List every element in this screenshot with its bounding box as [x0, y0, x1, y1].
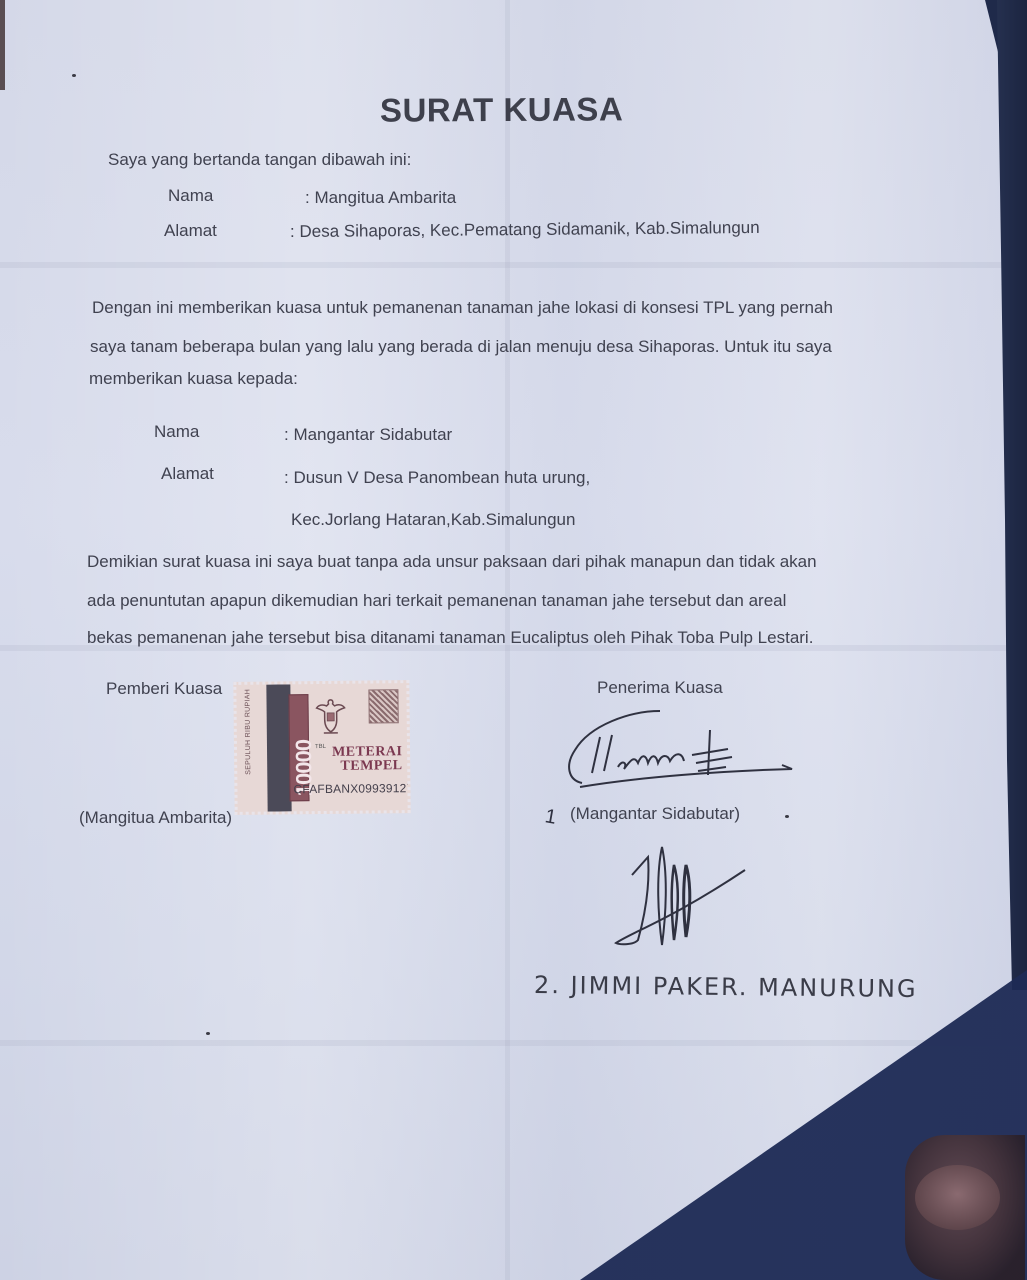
garuda-emblem-icon: [314, 696, 346, 736]
paper-speck: [206, 1032, 210, 1035]
grantor-address-label: Alamat: [164, 221, 217, 241]
grantee-name-value: : Mangantar Sidabutar: [284, 425, 452, 445]
stamp-ornament: [368, 689, 398, 723]
body-paragraph-2-line-3: bekas pemanenan jahe tersebut bisa ditan…: [87, 628, 813, 648]
body-paragraph-1-line-3: memberikan kuasa kepada:: [89, 369, 298, 389]
grantee-number-mark: 1: [543, 805, 558, 830]
body-paragraph-1-line-1: Dengan ini memberikan kuasa untuk pemane…: [92, 298, 833, 318]
body-paragraph-2-line-1: Demikian surat kuasa ini saya buat tanpa…: [87, 552, 817, 572]
intro-text: Saya yang bertanda tangan dibawah ini:: [108, 150, 411, 170]
grantee-name-label: Nama: [154, 422, 199, 442]
letter-document: SURAT KUASA Saya yang bertanda tangan di…: [0, 0, 1027, 1280]
stamp-title: METERAI TEMPEL: [332, 745, 403, 774]
meterai-stamp: SEPULUH RIBU RUPIAH 10000 TBL METERAI TE…: [233, 680, 410, 815]
grantor-printed-name: (Mangitua Ambarita): [79, 808, 232, 828]
stamp-title-line-2: TEMPEL: [332, 759, 403, 774]
grantee-signature-label: Penerima Kuasa: [597, 678, 723, 698]
grantee-address-line-2: Kec.Jorlang Hataran,Kab.Simalungun: [291, 510, 575, 530]
witness-handwritten-name: 2. JIMMI PAKER. MANURUNG: [534, 971, 918, 1003]
grantor-name-label: Nama: [168, 186, 213, 206]
grantee-address-line-1: : Dusun V Desa Panombean huta urung,: [284, 468, 590, 488]
witness-signature: [610, 845, 750, 955]
stamp-value-words: SEPULUH RIBU RUPIAH: [244, 689, 252, 775]
stamp-mark: TBL: [315, 744, 326, 750]
grantor-address-value: : Desa Sihaporas, Kec.Pematang Sidamanik…: [290, 218, 760, 242]
grantee-signature: [560, 705, 800, 795]
body-paragraph-2-line-2: ada penuntutan apapun dikemudian hari te…: [87, 591, 786, 611]
paper-speck: [785, 815, 789, 818]
body-paragraph-1-line-2: saya tanam beberapa bulan yang lalu yang…: [90, 337, 832, 357]
grantor-name-value: : Mangitua Ambarita: [305, 188, 456, 208]
grantor-signature-label: Pemberi Kuasa: [106, 679, 222, 699]
paper-speck: [72, 74, 76, 77]
document-title: SURAT KUASA: [380, 90, 623, 129]
stamp-serial: CFAFBANX099391275: [293, 781, 410, 796]
grantee-address-label: Alamat: [161, 464, 214, 484]
grantee-printed-name: (Mangantar Sidabutar): [570, 804, 740, 824]
